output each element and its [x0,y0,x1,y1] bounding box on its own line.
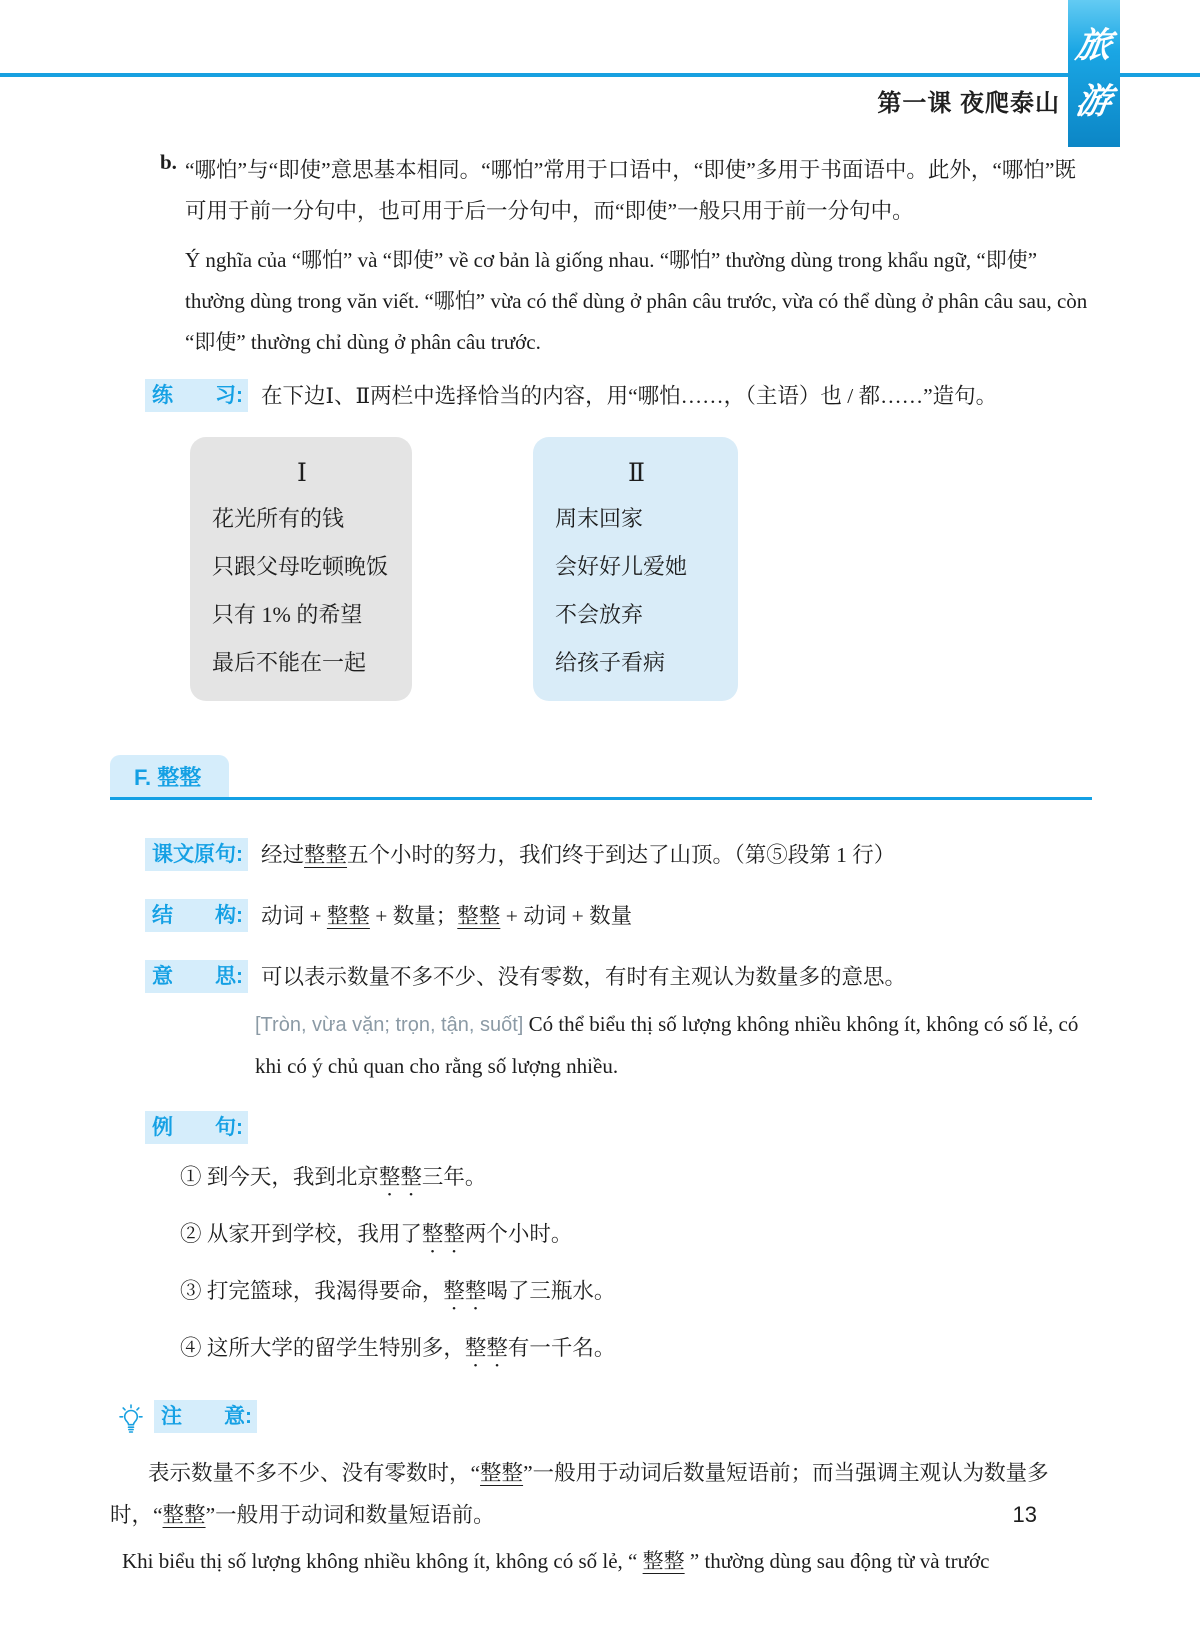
example-sentence-3: ③ 打完篮球，我渴得要命，整整喝了三瓶水。 [180,1274,1092,1315]
column-2-item: 周末回家 [555,495,718,543]
example-sentence-1: ① 到今天，我到北京整整三年。 [180,1160,1092,1201]
example-sentence-2: ② 从家开到学校，我用了整整两个小时。 [180,1217,1092,1258]
practice-label: 练 习: [145,379,248,412]
travel-unit-tab: 旅 游 [1068,0,1120,147]
grammar-point-b: b. “哪怕”与“即使”意思基本相同。“哪怕”常用于口语中，“即使”多用于书面语… [110,150,1092,363]
source-part: 五个小时的努力，我们终于到达了山顶。（第⑤段第 1 行） [347,843,895,867]
point-b-marker: b. [160,150,177,175]
note-part: ”一般用于动词和数量短语前。 [206,1503,495,1527]
examples-row: 例 句: [145,1111,1092,1144]
example-post: 有一千名。 [508,1336,616,1360]
source-keyword: 整整 [304,843,347,867]
source-sentence-text: 经过整整五个小时的努力，我们终于到达了山顶。（第⑤段第 1 行） [261,838,895,872]
column-1-item: 花光所有的钱 [212,495,392,543]
note-vi-part: ” thường dùng sau động từ và trước [685,1549,990,1573]
tab-char-travel-1: 旅 [1073,18,1116,74]
choice-boxes: Ⅰ 花光所有的钱 只跟父母吃顿晚饭 只有 1% 的希望 最后不能在一起 Ⅱ 周末… [190,437,1092,701]
column-box-2: Ⅱ 周末回家 会好好儿爱她 不会放弃 给孩子看病 [533,437,738,701]
structure-row: 结 构: 动词 + 整整 + 数量；整整 + 动词 + 数量 [145,899,1092,933]
lightbulb-icon [118,1404,144,1440]
example-post: 两个小时。 [465,1222,573,1246]
column-2-item: 不会放弃 [555,591,718,639]
example-keyword: 整整 [422,1222,465,1246]
structure-part: + 动词 + 数量 [500,904,632,928]
structure-part: + 数量； [370,904,457,928]
tab-char-travel-2: 游 [1073,74,1116,130]
examples-label: 例 句: [145,1111,248,1144]
note-row: 注 意: [118,1400,1092,1436]
note-part: 表示数量不多不少、没有零数时，“ [148,1461,480,1485]
note-vietnamese-text: Khi biểu thị số lượng không nhiều không … [110,1540,1092,1582]
lesson-title: 第一课 夜爬泰山 [877,83,1060,118]
example-keyword: 整整 [465,1336,508,1360]
column-1-title: Ⅰ [212,453,392,495]
note-vi-keyword: 整整 [643,1549,685,1573]
meaning-vietnamese-text: [Tròn, vừa vặn; trọn, tận, suốt] Có thể … [255,1004,1093,1087]
column-1-item: 只有 1% 的希望 [212,591,392,639]
practice-row: 练 习: 在下边Ⅰ、Ⅱ两栏中选择恰当的内容，用“哪怕……，（主语）也 / 都……… [145,379,1092,413]
source-sentence-row: 课文原句: 经过整整五个小时的努力，我们终于到达了山顶。（第⑤段第 1 行） [145,838,1092,872]
header-divider-line [0,73,1200,77]
structure-part: 动词 + [261,904,327,928]
note-chinese-text: 表示数量不多不少、没有零数时，“整整”一般用于动词后数量短语前；而当强调主观认为… [110,1452,1092,1536]
meaning-label: 意 思: [145,960,248,993]
column-1-item: 最后不能在一起 [212,639,392,687]
source-part: 经过 [261,843,304,867]
example-pre: ② 从家开到学校，我用了 [180,1222,422,1246]
point-b-chinese-text: “哪怕”与“即使”意思基本相同。“哪怕”常用于口语中，“即使”多用于书面语中。此… [185,150,1092,232]
structure-keyword: 整整 [457,904,500,928]
example-keyword: 整整 [379,1165,422,1189]
note-vi-part: Khi biểu thị số lượng không nhiều không … [122,1549,643,1573]
column-2-item: 给孩子看病 [555,639,718,687]
example-post: 喝了三瓶水。 [486,1279,615,1303]
example-sentence-4: ④ 这所大学的留学生特别多，整整有一千名。 [180,1331,1092,1372]
source-sentence-label: 课文原句: [145,838,248,871]
textbook-page: 第一课 夜爬泰山 旅 游 b. “哪怕”与“即使”意思基本相同。“哪怕”常用于口… [0,0,1200,1640]
point-b-vietnamese-text: Ý nghĩa của “哪怕” và “即使” về cơ bản là gi… [185,240,1092,363]
meaning-vi-bracket: [Tròn, vừa vặn; trọn, tận, suốt] [255,1014,523,1036]
structure-keyword: 整整 [327,904,370,928]
note-label: 注 意: [154,1400,257,1433]
example-pre: ③ 打完篮球，我渴得要命， [180,1279,443,1303]
example-post: 三年。 [422,1165,487,1189]
column-box-1: Ⅰ 花光所有的钱 只跟父母吃顿晚饭 只有 1% 的希望 最后不能在一起 [190,437,412,701]
structure-text: 动词 + 整整 + 数量；整整 + 动词 + 数量 [261,899,632,933]
section-f-header: F. 整整 [110,755,1092,800]
note-keyword: 整整 [480,1461,523,1485]
structure-label: 结 构: [145,899,248,932]
example-keyword: 整整 [443,1279,486,1303]
example-pre: ④ 这所大学的留学生特别多， [180,1336,465,1360]
example-pre: ① 到今天，我到北京 [180,1165,379,1189]
column-2-title: Ⅱ [555,453,718,495]
section-f-tab: F. 整整 [110,755,229,797]
practice-instruction: 在下边Ⅰ、Ⅱ两栏中选择恰当的内容，用“哪怕……，（主语）也 / 都……”造句。 [261,379,997,413]
column-1-item: 只跟父母吃顿晚饭 [212,543,392,591]
meaning-row: 意 思: 可以表示数量不多不少、没有零数，有时有主观认为数量多的意思。 [145,960,1092,994]
meaning-chinese-text: 可以表示数量不多不少、没有零数，有时有主观认为数量多的意思。 [261,960,906,994]
column-2-item: 会好好儿爱她 [555,543,718,591]
page-number: 13 [1013,1502,1037,1528]
page-content: b. “哪怕”与“即使”意思基本相同。“哪怕”常用于口语中，“即使”多用于书面语… [110,150,1092,1582]
note-keyword: 整整 [163,1503,206,1527]
